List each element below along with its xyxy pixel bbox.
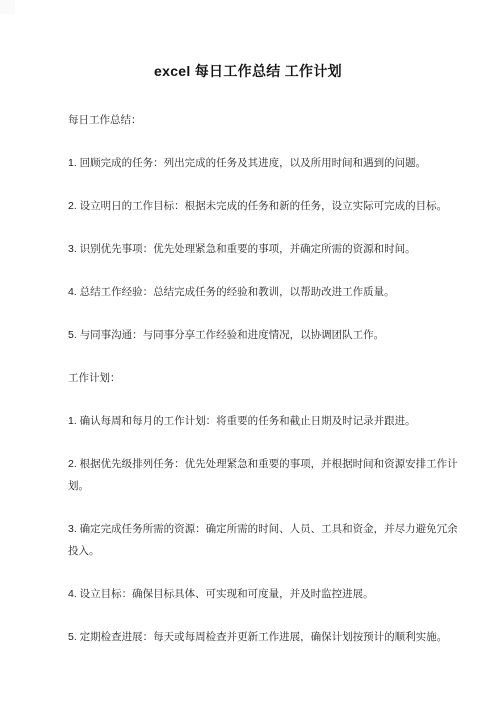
list-item: 3. 识别优先事项：优先处理紧急和重要的事项，并确定所需的资源和时间。 (68, 238, 464, 260)
section-heading-work-plan: 工作计划： (68, 367, 464, 389)
list-item: 4. 设立目标：确保目标具体、可实现和可度量，并及时监控进展。 (68, 583, 464, 605)
list-item: 2. 根据优先级排列任务：优先处理紧急和重要的事项，并根据时间和资源安排工作计划… (68, 453, 464, 497)
list-item: 5. 与同事沟通：与同事分享工作经验和进度情况，以协调团队工作。 (68, 324, 464, 346)
list-item: 1. 回顾完成的任务：列出完成的任务及其进度，以及所用时间和遇到的问题。 (68, 152, 464, 174)
list-item: 5. 定期检查进展：每天或每周检查并更新工作进展，确保计划按预计的顺利实施。 (68, 626, 464, 648)
list-item: 3. 确定完成任务所需的资源：确定所需的时间、人员、工具和资金，并尽力避免冗余投… (68, 518, 464, 562)
document-body: 每日工作总结： 1. 回顾完成的任务：列出完成的任务及其进度，以及所用时间和遇到… (68, 109, 464, 648)
list-item: 2. 设立明日的工作目标：根据未完成的任务和新的任务，设立实际可完成的目标。 (68, 195, 464, 217)
work-plan-section: 工作计划： 1. 确认每周和每月的工作计划：将重要的任务和截止日期及时记录并跟进… (68, 367, 464, 648)
corner-artifact (0, 0, 15, 14)
document-page: excel 每日工作总结 工作计划 每日工作总结： 1. 回顾完成的任务：列出完… (0, 0, 496, 702)
list-item: 1. 确认每周和每月的工作计划：将重要的任务和截止日期及时记录并跟进。 (68, 410, 464, 432)
page-title: excel 每日工作总结 工作计划 (0, 0, 496, 80)
section-heading-daily-summary: 每日工作总结： (68, 109, 464, 131)
list-item: 4. 总结工作经验：总结完成任务的经验和教训，以帮助改进工作质量。 (68, 281, 464, 303)
daily-summary-section: 每日工作总结： 1. 回顾完成的任务：列出完成的任务及其进度，以及所用时间和遇到… (68, 109, 464, 346)
